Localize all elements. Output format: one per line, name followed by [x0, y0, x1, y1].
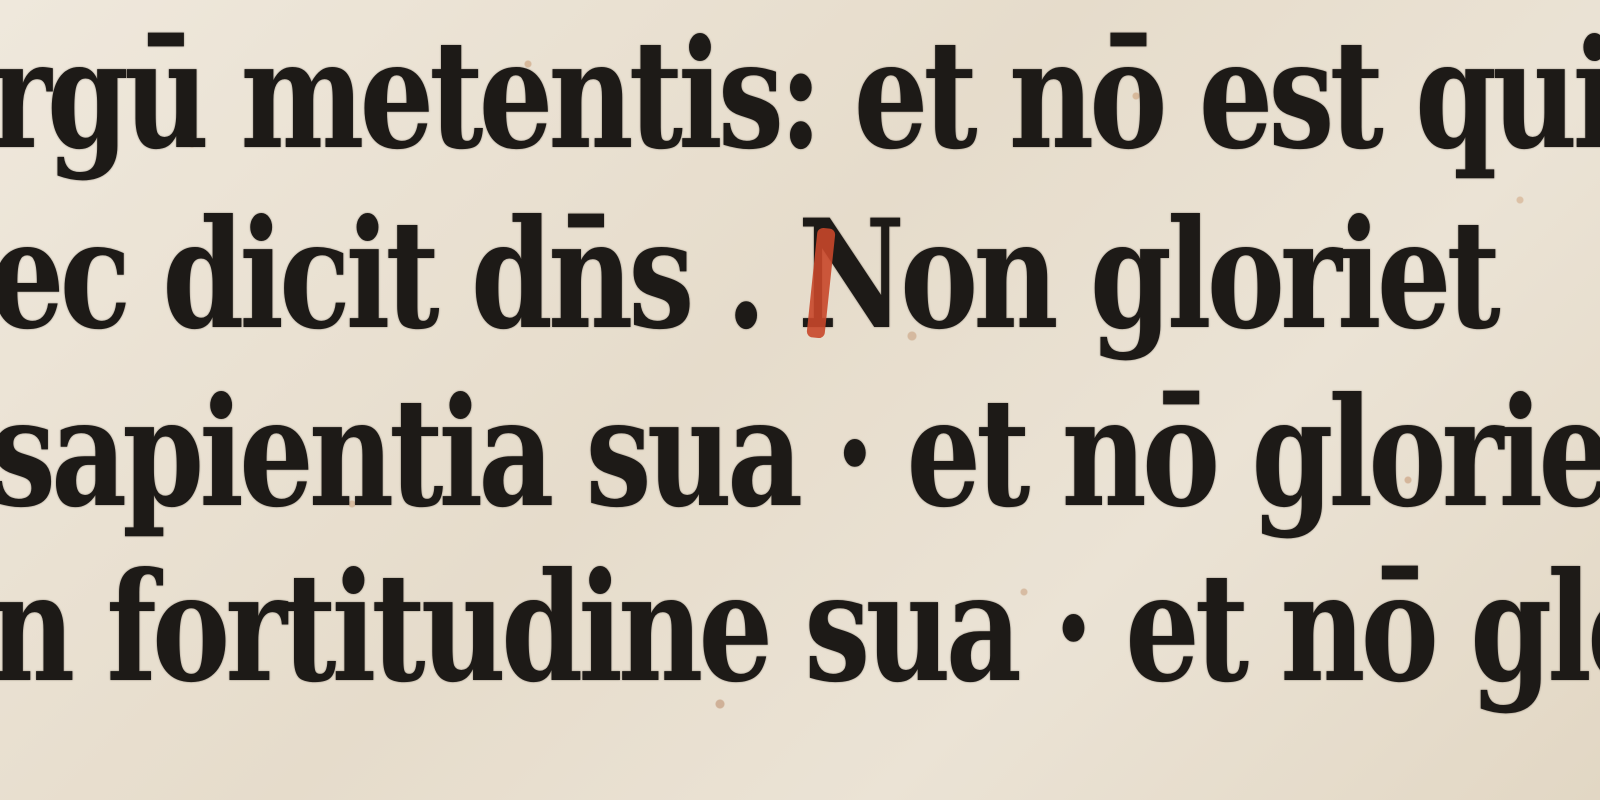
text-line-3: sapientia sua · et nō glorie= [0, 378, 1600, 528]
printed-page: rgū metentis: et nō est qui ec dicit dn̄… [0, 0, 1600, 800]
text-line-4: n fortitudine sua · et nō glo= [0, 553, 1600, 703]
text-line-1: rgū metentis: et nō est qui [0, 20, 1600, 170]
text-line-2: ec dicit dn̄s . Non gloriet [0, 200, 1496, 350]
